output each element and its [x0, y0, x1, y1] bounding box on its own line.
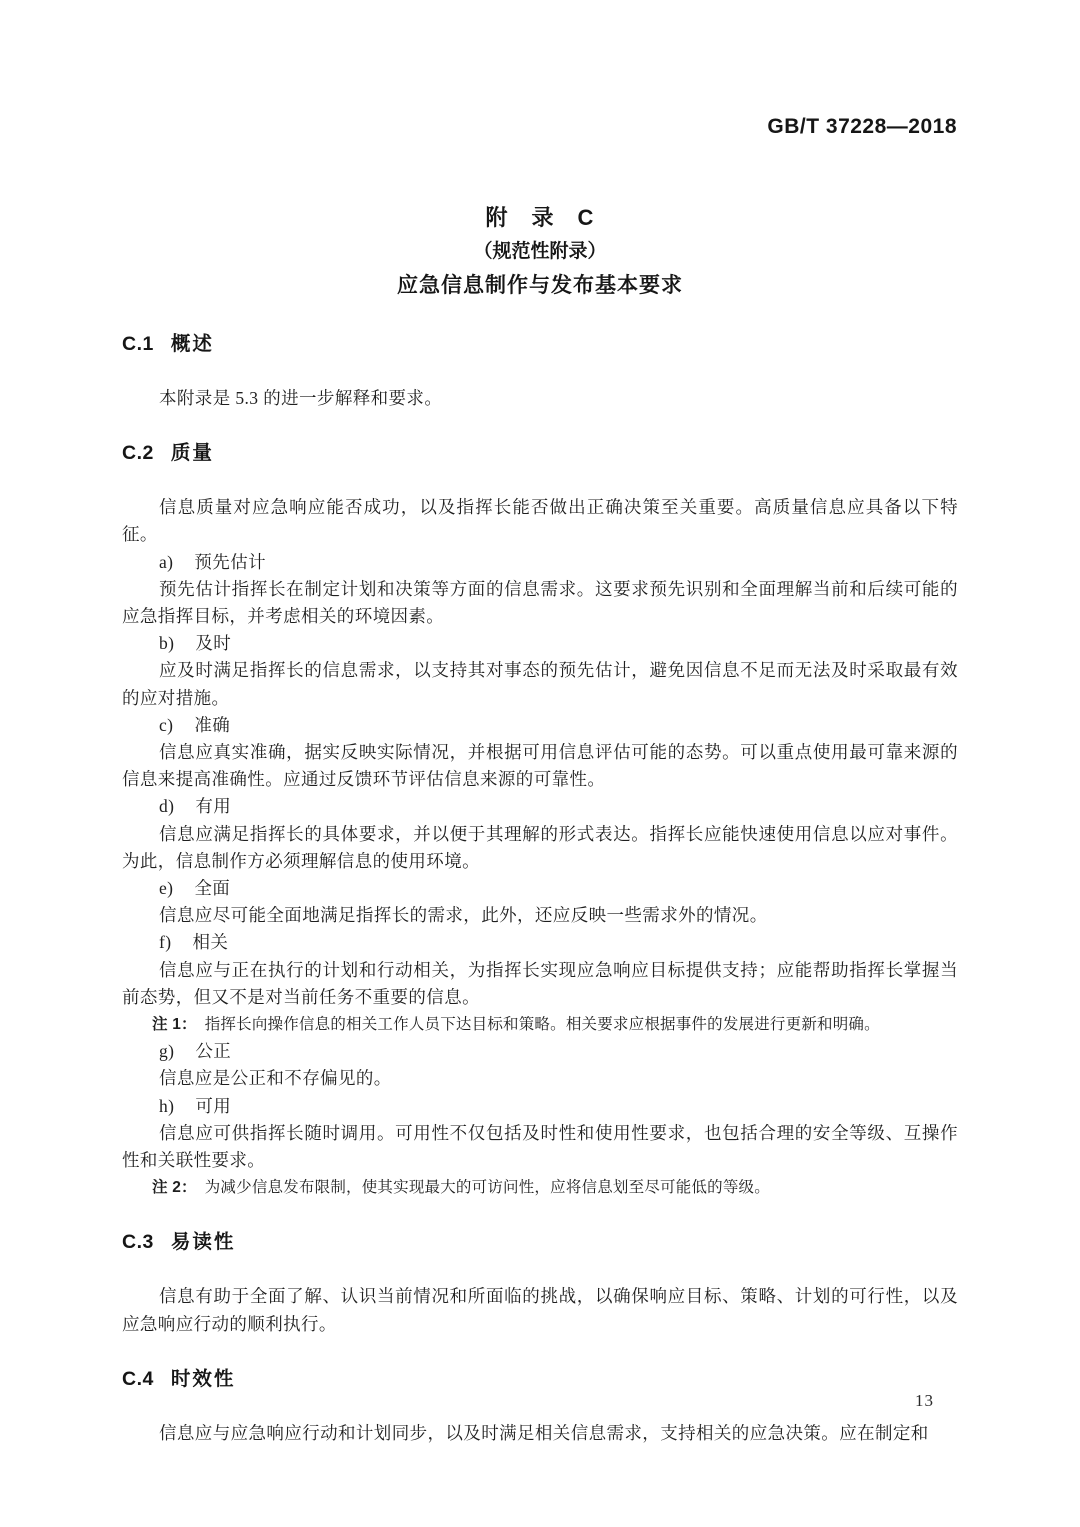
paragraph: 信息应真实准确，据实反映实际情况，并根据可用信息评估可能的态势。可以重点使用最可… — [122, 739, 958, 793]
paragraph: 信息应尽可能全面地满足指挥长的需求，此外，还应反映一些需求外的情况。 — [122, 902, 958, 929]
list-item: f)相关 — [122, 929, 958, 956]
item-text: 及时 — [195, 633, 231, 653]
section-title: 概述 — [171, 333, 214, 355]
section-heading: C.1概述 — [122, 331, 958, 358]
appendix-subtitle: （规范性附录） — [0, 235, 1080, 269]
section-heading: C.3易读性 — [122, 1229, 958, 1256]
item-label: h) — [159, 1096, 174, 1116]
item-label: 注 1： — [152, 1016, 197, 1033]
section-number: C.2 — [122, 442, 154, 464]
list-item: e)全面 — [122, 875, 958, 902]
item-label: e) — [159, 878, 173, 898]
section-number: C.4 — [122, 1368, 154, 1390]
list-item: d)有用 — [122, 793, 958, 820]
list-item: g)公正 — [122, 1038, 958, 1065]
section-heading: C.4时效性 — [122, 1366, 958, 1393]
item-text: 公正 — [195, 1041, 231, 1061]
item-text: 全面 — [194, 878, 230, 898]
document-page: GB/T 37228—2018 附 录 C （规范性附录） 应急信息制作与发布基… — [0, 0, 1080, 1527]
paragraph: 信息应满足指挥长的具体要求，并以便于其理解的形式表达。指挥长应能快速使用信息以应… — [122, 821, 958, 875]
section-heading: C.2质量 — [122, 440, 958, 467]
list-item: c)准确 — [122, 712, 958, 739]
paragraph: 信息有助于全面了解、认识当前情况和所面临的挑战，以确保响应目标、策略、计划的可行… — [122, 1283, 958, 1337]
paragraph: 信息质量对应急响应能否成功，以及指挥长能否做出正确决策至关重要。高质量信息应具备… — [122, 494, 958, 548]
section-title: 易读性 — [171, 1231, 236, 1253]
item-label: f) — [159, 932, 171, 952]
paragraph: 信息应可供指挥长随时调用。可用性不仅包括及时性和使用性要求，也包括合理的安全等级… — [122, 1120, 958, 1174]
paragraph: 信息应是公正和不存偏见的。 — [122, 1065, 958, 1092]
item-label: c) — [159, 715, 173, 735]
item-label: g) — [159, 1041, 174, 1061]
item-text: 相关 — [192, 932, 228, 952]
paragraph: 信息应与正在执行的计划和行动相关，为指挥长实现应急响应目标提供支持；应能帮助指挥… — [122, 957, 958, 1011]
list-item: h)可用 — [122, 1093, 958, 1120]
item-label: 注 2： — [152, 1179, 197, 1196]
document-content: C.1概述本附录是 5.3 的进一步解释和要求。C.2质量信息质量对应急响应能否… — [0, 331, 1080, 1447]
list-item: b)及时 — [122, 630, 958, 657]
note-line: 注 2：为减少信息发布限制，使其实现最大的可访问性，应将信息划至尽可能低的等级。 — [122, 1174, 958, 1201]
section-title: 质量 — [171, 442, 214, 464]
item-text: 准确 — [194, 715, 230, 735]
item-label: a) — [159, 552, 173, 572]
paragraph: 本附录是 5.3 的进一步解释和要求。 — [122, 385, 958, 412]
list-item: a)预先估计 — [122, 549, 958, 576]
item-label: d) — [159, 796, 174, 816]
paragraph: 应及时满足指挥长的信息需求，以支持其对事态的预先估计，避免因信息不足而无法及时采… — [122, 657, 958, 711]
section-title: 时效性 — [171, 1368, 236, 1390]
page-number: 13 — [915, 1391, 934, 1411]
appendix-name: 应急信息制作与发布基本要求 — [0, 269, 1080, 303]
section-number: C.3 — [122, 1231, 154, 1253]
standard-number: GB/T 37228—2018 — [0, 0, 1080, 139]
item-text: 指挥长向操作信息的相关工作人员下达目标和策略。相关要求应根据事件的发展进行更新和… — [205, 1016, 880, 1033]
item-text: 预先估计 — [194, 552, 266, 572]
section-number: C.1 — [122, 333, 154, 355]
appendix-title-block: 附 录 C （规范性附录） 应急信息制作与发布基本要求 — [0, 201, 1080, 303]
item-text: 有用 — [195, 796, 231, 816]
paragraph: 信息应与应急响应行动和计划同步，以及时满足相关信息需求，支持相关的应急决策。应在… — [122, 1420, 958, 1447]
item-label: b) — [159, 633, 174, 653]
item-text: 可用 — [195, 1096, 231, 1116]
note-line: 注 1：指挥长向操作信息的相关工作人员下达目标和策略。相关要求应根据事件的发展进… — [122, 1011, 958, 1038]
paragraph: 预先估计指挥长在制定计划和决策等方面的信息需求。这要求预先识别和全面理解当前和后… — [122, 576, 958, 630]
appendix-title: 附 录 C — [0, 201, 1080, 235]
item-text: 为减少信息发布限制，使其实现最大的可访问性，应将信息划至尽可能低的等级。 — [205, 1179, 770, 1196]
